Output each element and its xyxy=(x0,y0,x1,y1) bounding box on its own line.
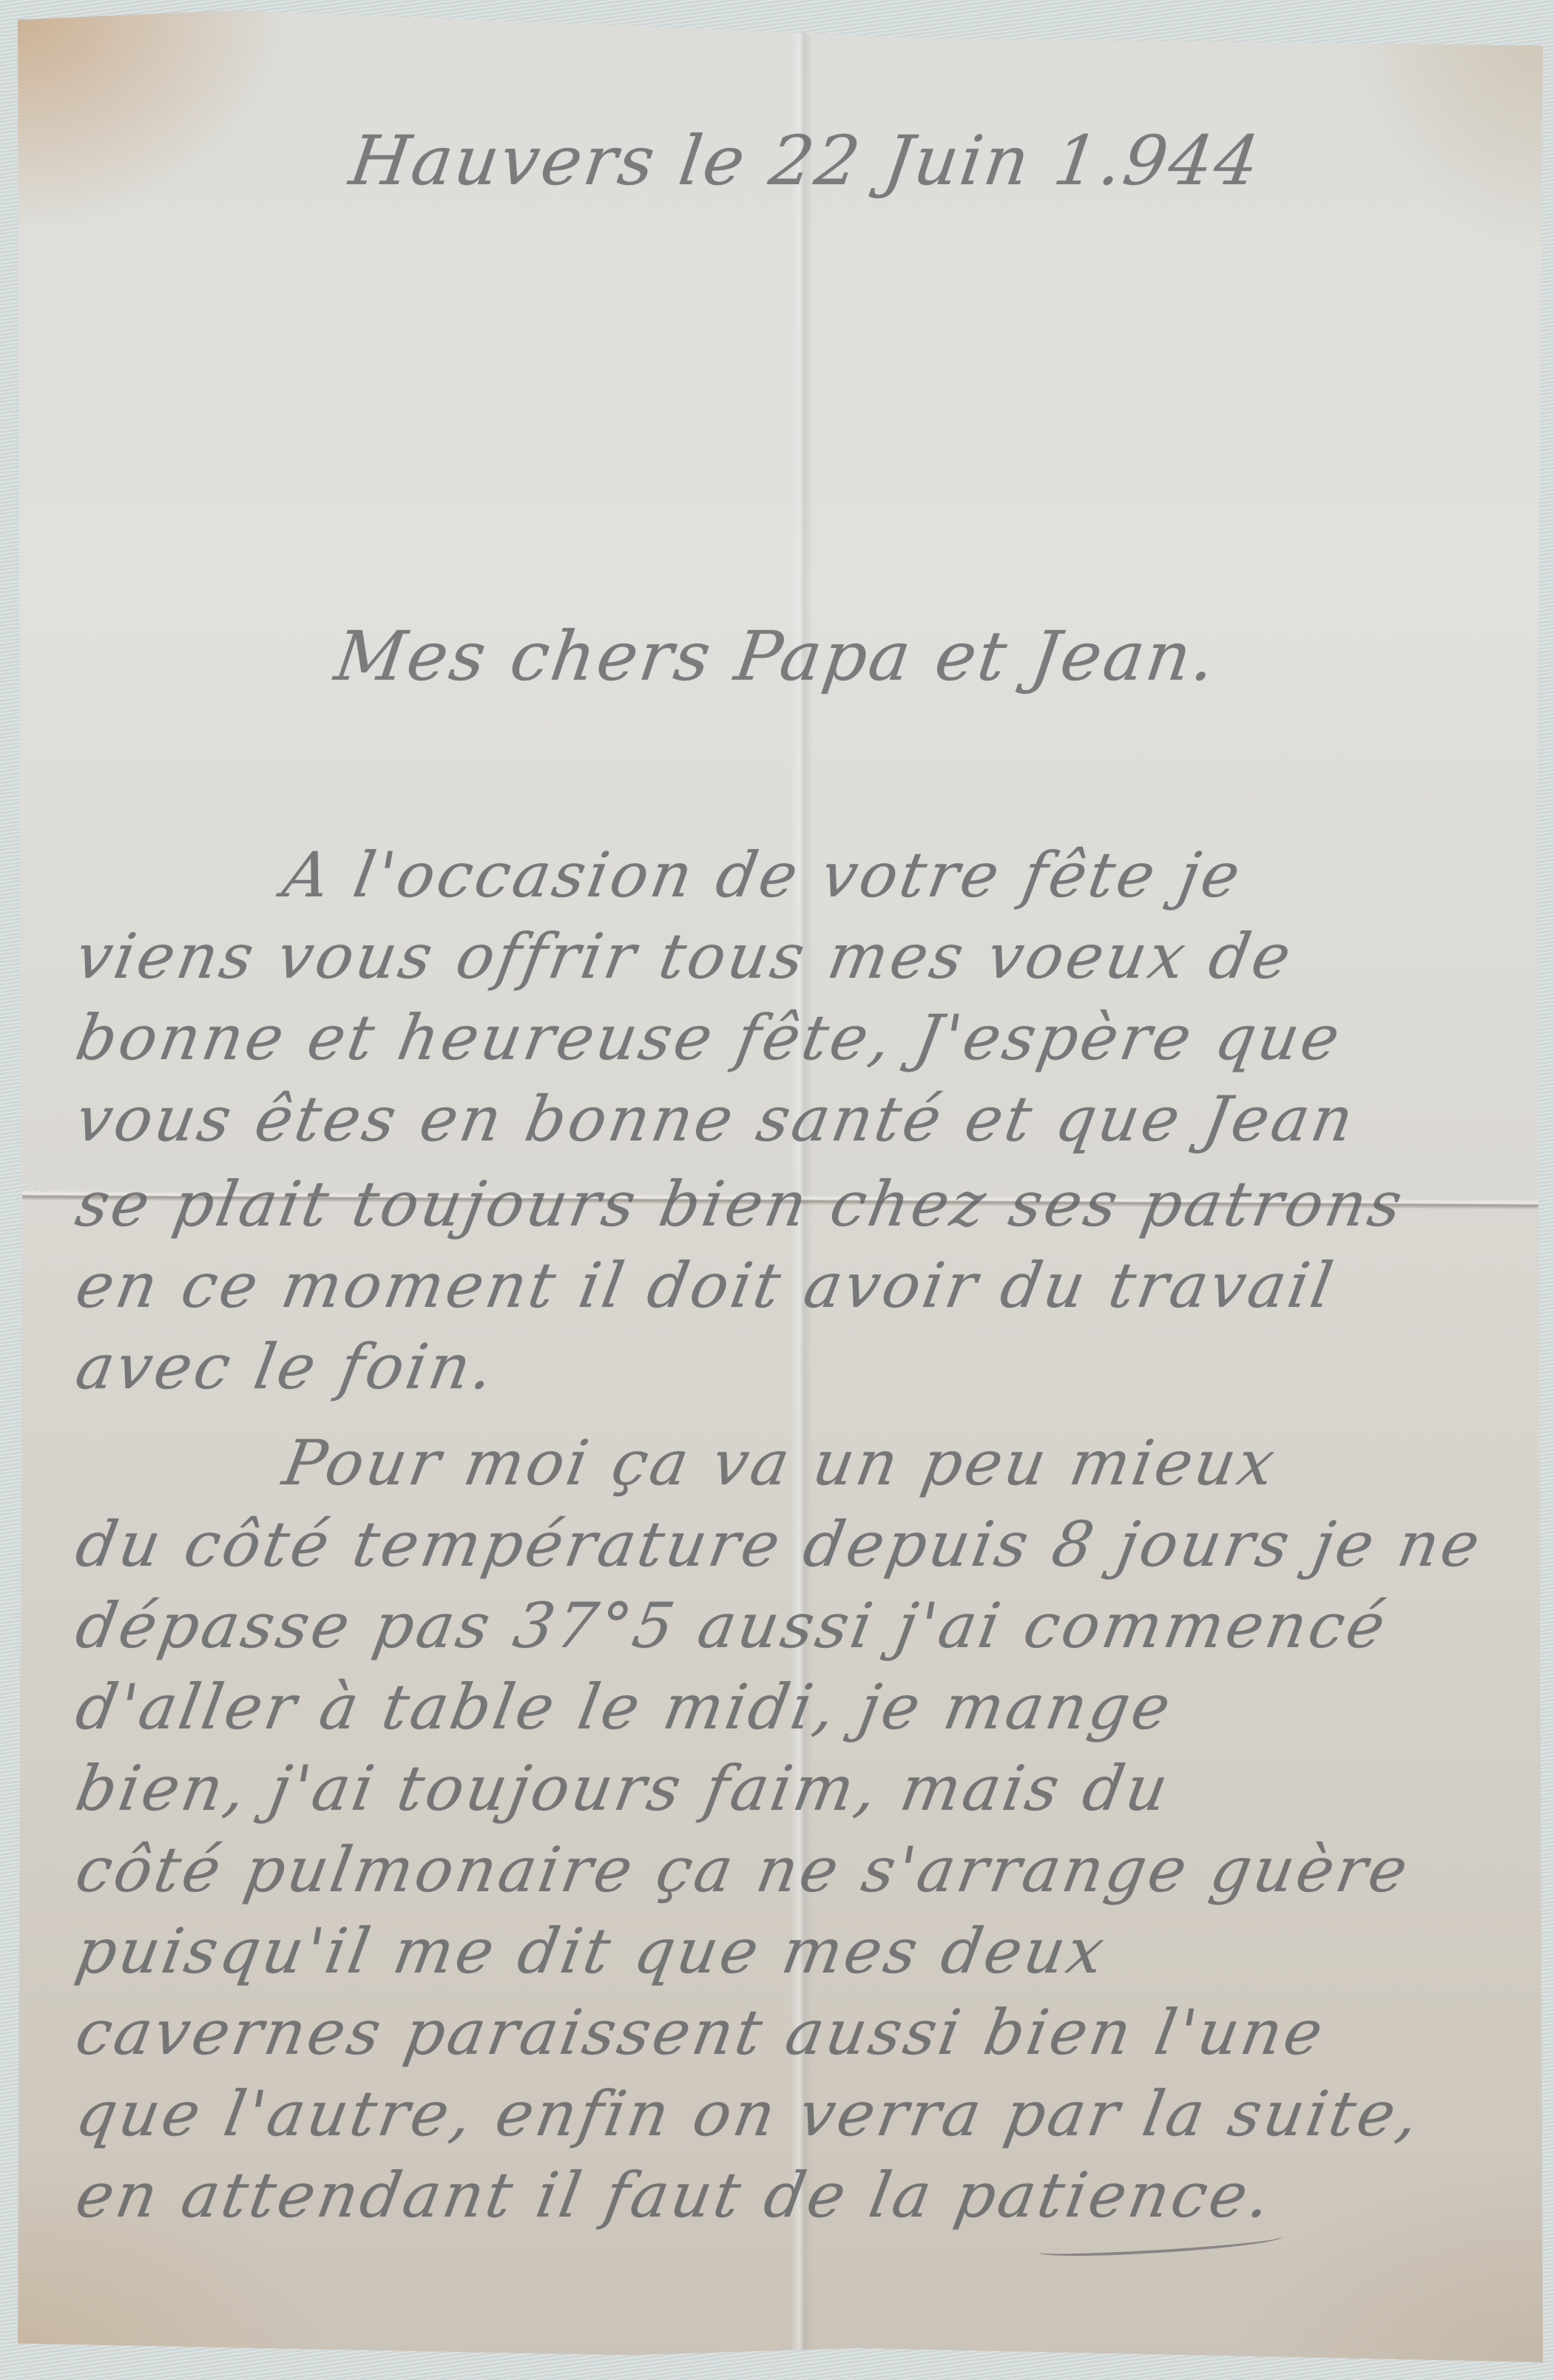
letter-line: dépasse pas 37°5 aussi j'ai commencé xyxy=(70,1589,1393,1663)
letter-line: vous êtes en bonne santé et que Jean xyxy=(70,1083,1361,1157)
letter-line: viens vous offrir tous mes voeux de xyxy=(70,920,1299,994)
letter-line: bien, j'ai toujours faim, mais du xyxy=(70,1752,1176,1826)
letter-line: d'aller à table le midi, je mange xyxy=(70,1671,1178,1745)
letter-greeting: Mes chers Papa et Jean. xyxy=(330,617,1222,696)
letter-line: Pour moi ça va un peu mieux xyxy=(277,1427,1283,1501)
letter-line: avec le foin. xyxy=(70,1331,501,1404)
letter-line: en attendant il faut de la patience. xyxy=(70,2159,1279,2233)
letter-line: A l'occasion de votre fête je xyxy=(277,839,1248,913)
letter-line: bonne et heureuse fête, J'espère que xyxy=(70,1001,1348,1075)
patience-underline xyxy=(1038,2230,1283,2259)
letter-paper: Hauvers le 22 Juin 1.944 Mes chers Papa … xyxy=(18,10,1543,2362)
letter-line: puisqu'il me dit que mes deux xyxy=(70,1915,1112,1989)
letter-line: du côté température depuis 8 jours je ne xyxy=(70,1508,1487,1582)
letter-line: cavernes paraissent aussi bien l'une xyxy=(70,1996,1331,2070)
letter-dateline: Hauvers le 22 Juin 1.944 xyxy=(345,121,1266,200)
letter-line: côté pulmonaire ça ne s'arrange guère xyxy=(70,1833,1416,1907)
letter-line: en ce moment il doit avoir du travail xyxy=(70,1249,1341,1323)
letter-line: que l'autre, enfin on verra par la suite… xyxy=(70,2078,1427,2151)
letter-line: se plait toujours bien chez ses patrons xyxy=(70,1168,1410,1242)
